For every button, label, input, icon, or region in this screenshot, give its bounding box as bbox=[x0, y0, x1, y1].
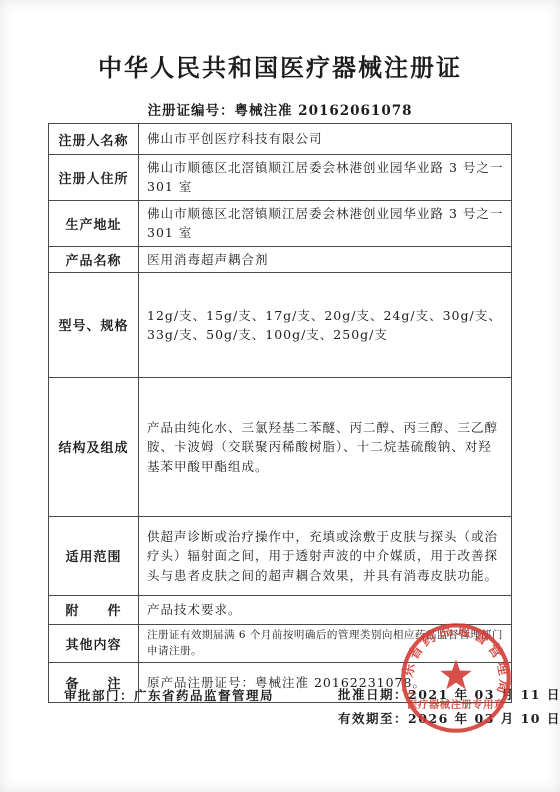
row-value: 佛山市顺德区北滘镇顺江居委会林港创业园华业路 3 号之一 301 室 bbox=[139, 155, 512, 201]
page-title: 中华人民共和国医疗器械注册证 bbox=[0, 48, 560, 83]
row-registrant-name: 注册人名称 佛山市平创医疗科技有限公司 bbox=[49, 124, 512, 155]
row-attachment: 附 件 产品技术要求。 bbox=[49, 595, 512, 624]
approval-department-value: 广东省药品监督管理局 bbox=[134, 688, 274, 703]
row-value: 产品由纯化水、三氯羟基二苯醚、丙二醇、丙三醇、三乙醇胺、卡波姆（交联聚丙稀酸树脂… bbox=[139, 377, 512, 516]
row-value: 医用消毒超声耦合剂 bbox=[139, 246, 512, 272]
row-label: 附 件 bbox=[49, 595, 139, 624]
row-value: 供超声诊断或治疗操作中，充填或涂敷于皮肤与探头（或治疗头）辐射面之间，用于透射声… bbox=[139, 516, 512, 595]
row-label: 型号、规格 bbox=[49, 272, 139, 377]
registration-number-line: 注册证编号：粤械注准 20162061078 bbox=[0, 99, 560, 119]
approval-date-label: 批准日期： bbox=[338, 687, 408, 702]
approval-department-label: 审批部门： bbox=[64, 688, 134, 703]
row-product-name: 产品名称 医用消毒超声耦合剂 bbox=[49, 246, 512, 272]
row-scope-of-application: 适用范围 供超声诊断或治疗操作中，充填或涂敷于皮肤与探头（或治疗头）辐射面之间，… bbox=[49, 516, 512, 595]
row-label: 注册人名称 bbox=[49, 124, 139, 155]
row-structure-composition: 结构及组成 产品由纯化水、三氯羟基二苯醚、丙二醇、丙三醇、三乙醇胺、卡波姆（交联… bbox=[49, 377, 512, 516]
row-value: 产品技术要求。 bbox=[139, 595, 512, 624]
row-label: 适用范围 bbox=[49, 516, 139, 595]
row-label: 生产地址 bbox=[49, 200, 139, 246]
row-model-specification: 型号、规格 12g/支、15g/支、17g/支、20g/支、24g/支、30g/… bbox=[49, 272, 512, 377]
row-label: 产品名称 bbox=[49, 246, 139, 272]
row-registrant-address: 注册人住所 佛山市顺德区北滘镇顺江居委会林港创业园华业路 3 号之一 301 室 bbox=[49, 155, 512, 201]
certificate-page: 中华人民共和国医疗器械注册证 注册证编号：粤械注准 20162061078 注册… bbox=[0, 0, 560, 792]
row-value: 佛山市平创医疗科技有限公司 bbox=[139, 124, 512, 155]
row-label: 注册人住所 bbox=[49, 155, 139, 201]
registration-number-value: 粤械注准 20162061078 bbox=[234, 103, 412, 119]
row-value: 注册证有效期届满 6 个月前按明确后的管理类别向相应药品监督管理部门申请注册。 bbox=[139, 624, 512, 663]
row-production-address: 生产地址 佛山市顺德区北滘镇顺江居委会林港创业园华业路 3 号之一 301 室 bbox=[49, 200, 512, 246]
valid-until-label: 有效期至： bbox=[338, 711, 408, 726]
valid-until-line: 有效期至：2026 年 03 月 10 日 bbox=[338, 709, 560, 727]
row-value: 12g/支、15g/支、17g/支、20g/支、24g/支、30g/支、33g/… bbox=[139, 272, 512, 377]
certificate-table: 注册人名称 佛山市平创医疗科技有限公司 注册人住所 佛山市顺德区北滘镇顺江居委会… bbox=[48, 123, 512, 703]
approval-department-line: 审批部门：广东省药品监督管理局 bbox=[64, 686, 274, 704]
approval-date-value: 2021 年 03 月 11 日 bbox=[408, 687, 560, 702]
approval-date-line: 批准日期：2021 年 03 月 11 日 bbox=[338, 685, 560, 703]
row-label: 结构及组成 bbox=[49, 377, 139, 516]
registration-number-label: 注册证编号： bbox=[147, 103, 234, 119]
row-value: 佛山市顺德区北滘镇顺江居委会林港创业园华业路 3 号之一 301 室 bbox=[139, 200, 512, 246]
valid-until-value: 2026 年 03 月 10 日 bbox=[408, 711, 560, 726]
row-other-content: 其他内容 注册证有效期届满 6 个月前按明确后的管理类别向相应药品监督管理部门申… bbox=[49, 624, 512, 663]
row-label: 其他内容 bbox=[49, 624, 139, 663]
